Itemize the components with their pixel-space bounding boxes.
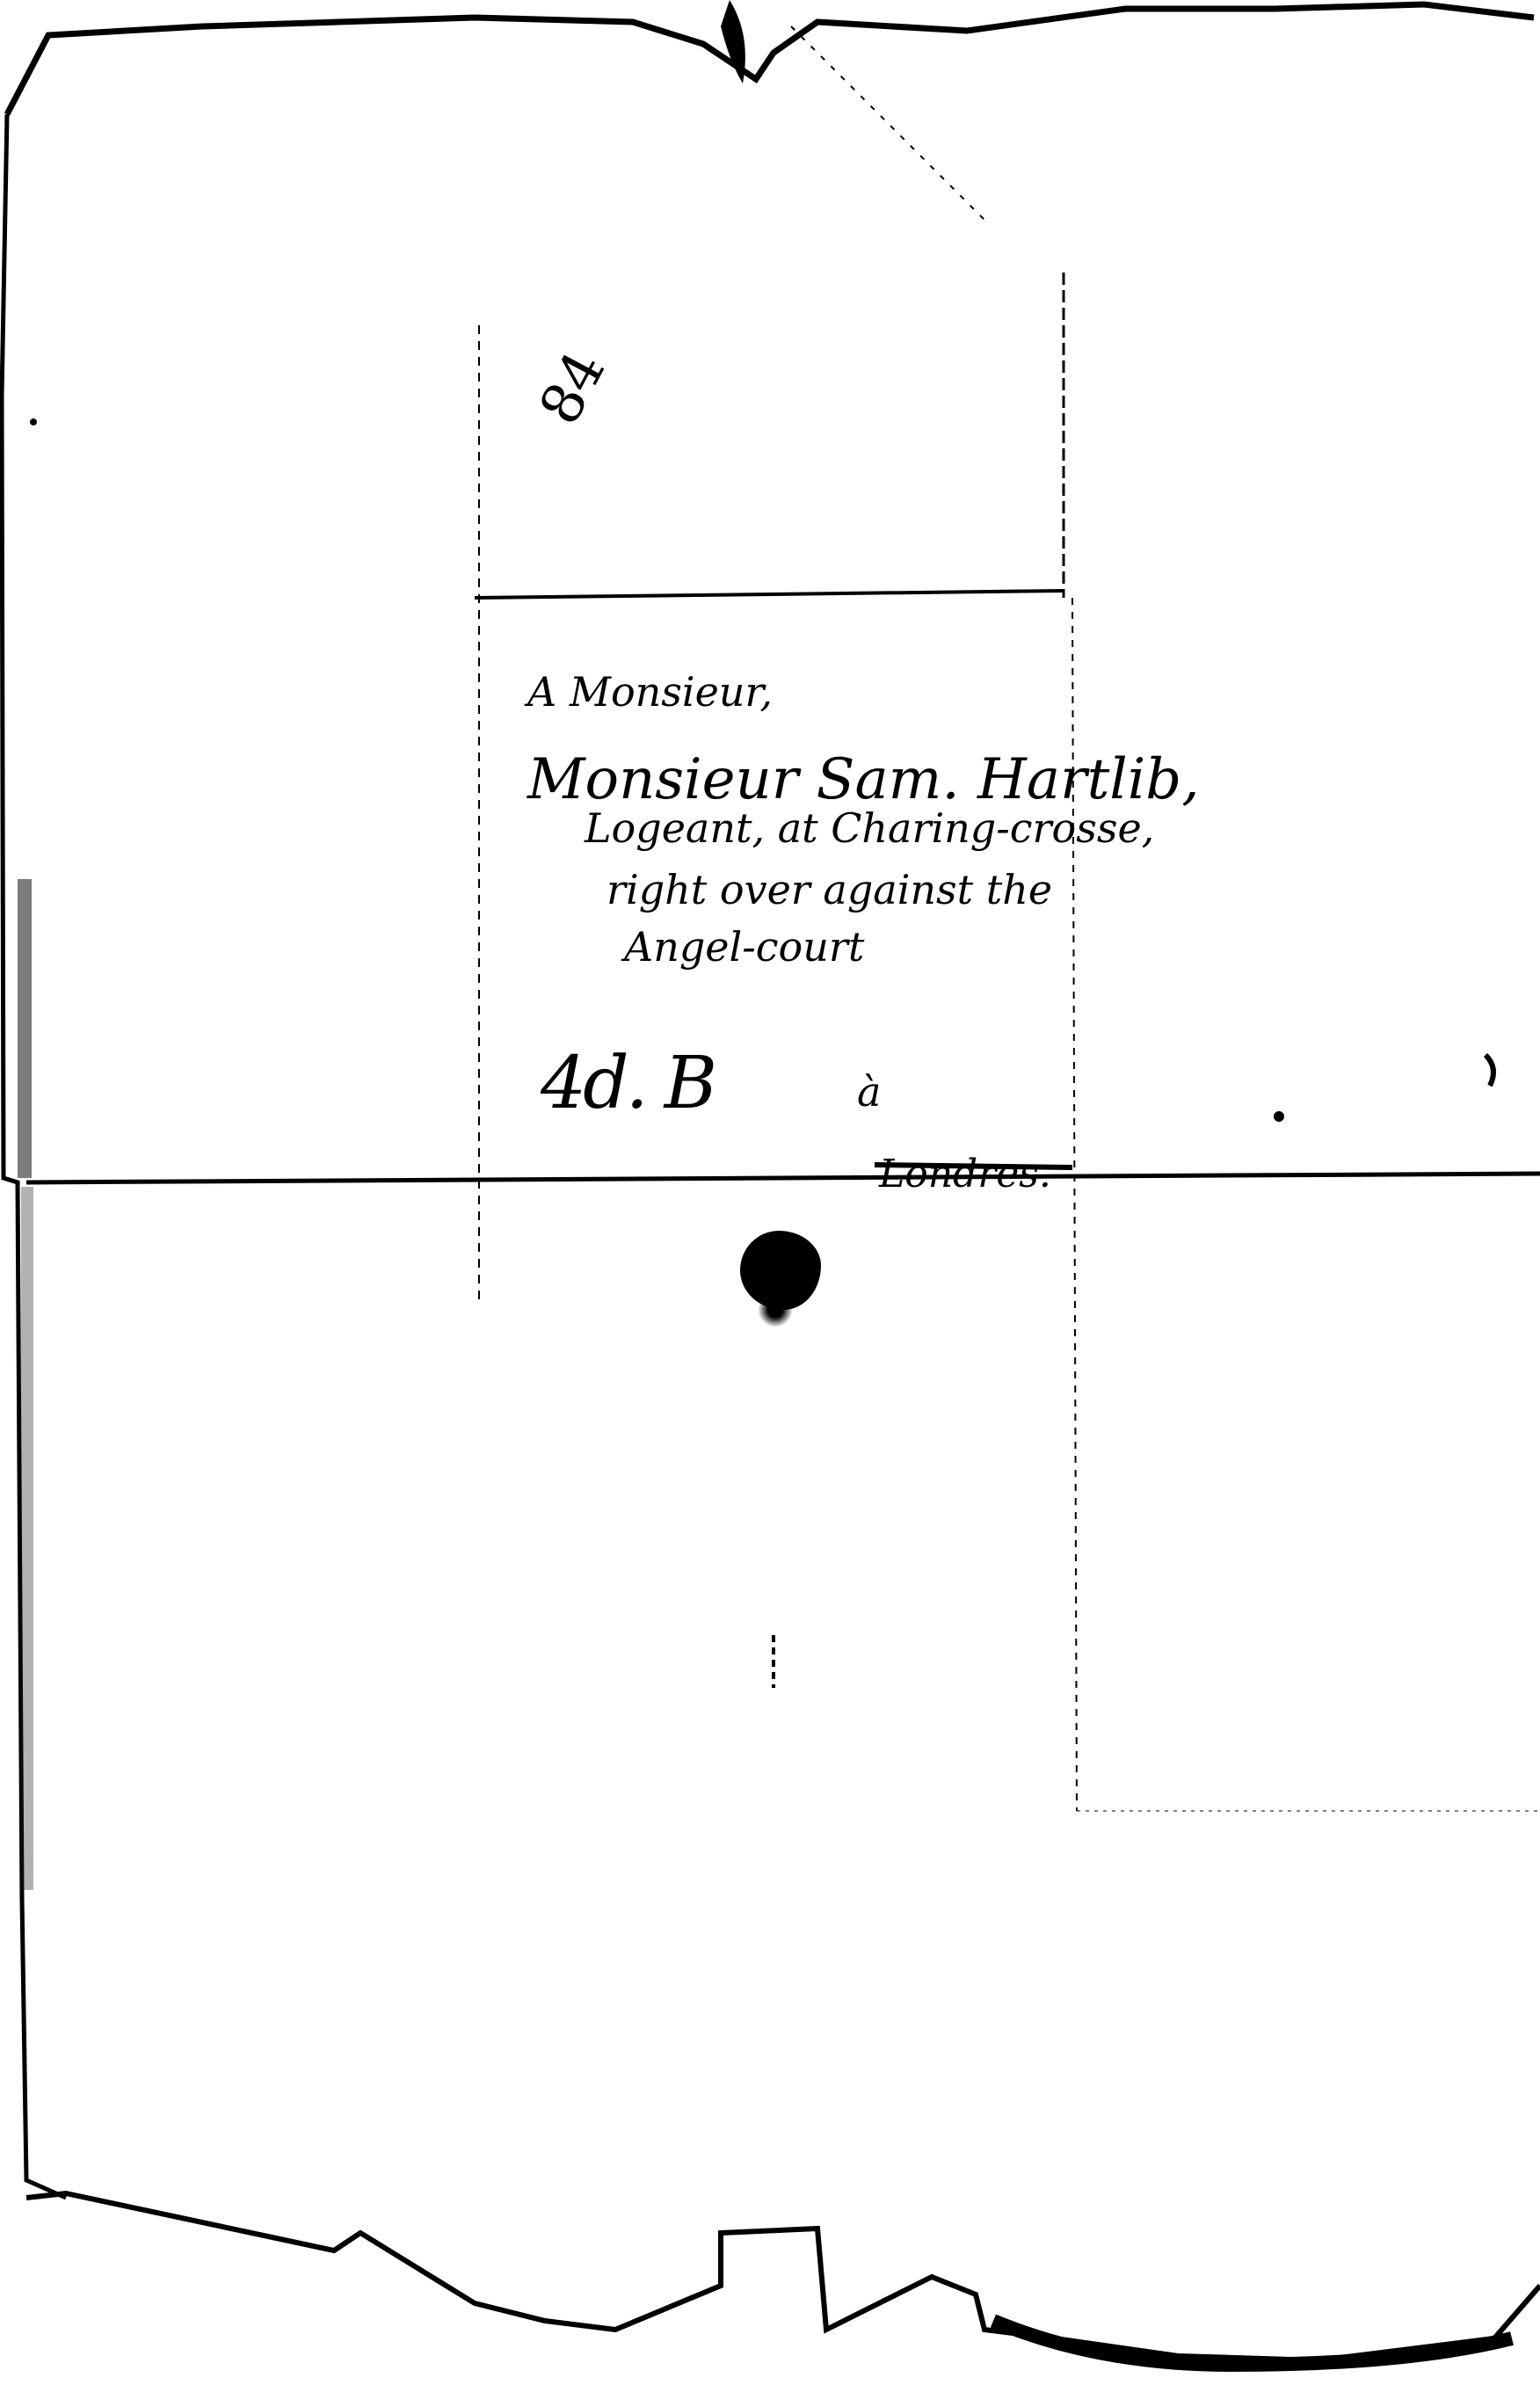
seal-residue (758, 1292, 793, 1327)
address-line-5: Angel-court (624, 923, 864, 971)
letter-page: 84 A Monsieur, Monsieur Sam. Hartlib, Lo… (0, 0, 1540, 2385)
address-line-4: right over against the (607, 866, 1052, 913)
destination-prefix: à (857, 1068, 881, 1116)
address-line-3: Logeant, at Charing-crosse, (585, 804, 1154, 852)
paper-outline (0, 0, 1540, 2385)
postal-mark: 4d. B (541, 1042, 714, 1125)
address-line-1: A Monsieur, (527, 668, 773, 716)
destination-city: Londres. (879, 1152, 1051, 1196)
address-line-2: Monsieur Sam. Hartlib, (527, 747, 1200, 812)
